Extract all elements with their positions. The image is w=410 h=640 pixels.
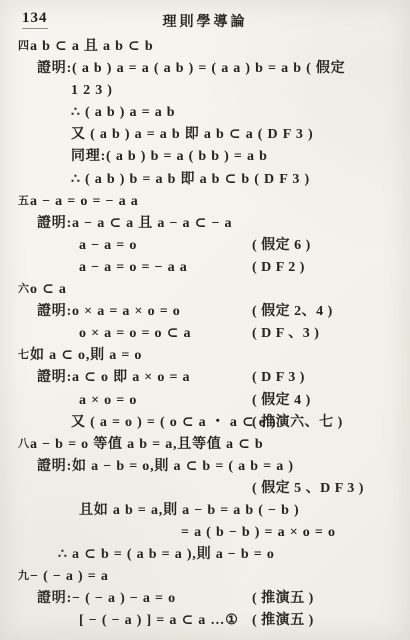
line-text: a × o = o bbox=[79, 393, 137, 408]
text-line: = a ( b − b ) = a × o = o bbox=[0, 522, 410, 544]
text-line: 證明:a − a ⊂ a 且 a − a ⊂ − a bbox=[0, 213, 410, 235]
book-page: 134 理則學導論 四a b ⊂ a 且 a b ⊂ b 證明:( a b ) … bbox=[0, 0, 410, 640]
line-text: a − a = o = − a a bbox=[30, 194, 139, 209]
line-text: o ⊂ a bbox=[30, 282, 67, 297]
text-line: 九− ( − a ) = a bbox=[0, 566, 410, 588]
text-line: ( 假定 5 、D F 3 ) bbox=[0, 478, 410, 500]
line-text: − ( − a ) = a bbox=[30, 569, 109, 584]
citation: ( 推演六、七 ) bbox=[252, 412, 343, 434]
text-line: ∴ a ⊂ b = ( a b = a ),則 a − b = o bbox=[0, 544, 410, 566]
line-text: 又 ( a = o ) = ( o ⊂ a ・ a ⊂ o ) bbox=[71, 415, 276, 430]
line-text: a b ⊂ a 且 a b ⊂ b bbox=[30, 39, 153, 54]
line-text: 且如 a b = a,則 a − b = a b ( − b ) bbox=[79, 503, 299, 518]
text-line: 證明:如 a − b = o,則 a ⊂ b = ( a b = a ) bbox=[0, 456, 410, 478]
text-line: a − a = o( 假定 6 ) bbox=[0, 235, 410, 257]
text-line: 七如 a ⊂ o,則 a = o bbox=[0, 345, 410, 367]
line-text: 如 a ⊂ o,則 a = o bbox=[30, 348, 142, 363]
citation: ( D F 2 ) bbox=[252, 257, 305, 279]
text-line: 證明:− ( − a ) − a = o( 推演五 ) bbox=[0, 588, 410, 610]
line-text: 證明:如 a − b = o,則 a ⊂ b = ( a b = a ) bbox=[37, 459, 294, 474]
citation: ( 假定 6 ) bbox=[252, 235, 311, 257]
text-line: 六o ⊂ a bbox=[0, 279, 410, 301]
text-line: 五a − a = o = − a a bbox=[0, 191, 410, 213]
line-text: ∴ a ⊂ b = ( a b = a ),則 a − b = o bbox=[58, 547, 275, 562]
section-number: 四 bbox=[18, 40, 29, 52]
text-line: 四a b ⊂ a 且 a b ⊂ b bbox=[0, 36, 410, 58]
text-line: ∴ ( a b ) a = a b bbox=[0, 102, 410, 124]
text-line: ∴ ( a b ) b = a b 即 a b ⊂ b ( D F 3 ) bbox=[0, 169, 410, 191]
line-text: ∴ ( a b ) a = a b bbox=[71, 105, 175, 120]
line-text: 又 ( a b ) a = a b 即 a b ⊂ a ( D F 3 ) bbox=[71, 127, 313, 142]
citation: ( 假定 5 、D F 3 ) bbox=[252, 478, 364, 500]
line-text: 證明:− ( − a ) − a = o bbox=[37, 591, 176, 606]
proof-lines: 四a b ⊂ a 且 a b ⊂ b 證明:( a b ) a = a ( a … bbox=[0, 36, 410, 633]
line-text: a − a = o bbox=[79, 238, 137, 253]
page-title: 理則學導論 bbox=[0, 11, 410, 31]
line-text: 同理:( a b ) b = a ( b b ) = a b bbox=[71, 149, 268, 164]
text-line: 同理:( a b ) b = a ( b b ) = a b bbox=[0, 146, 410, 168]
text-line: a − a = o = − a a( D F 2 ) bbox=[0, 257, 410, 279]
citation: ( 推演五 ) bbox=[252, 588, 314, 610]
line-text: 1 2 3 ) bbox=[71, 83, 113, 98]
line-text: 證明:( a b ) a = a ( a b ) = ( a a ) b = a… bbox=[37, 61, 345, 76]
text-line: a × o = o( 假定 4 ) bbox=[0, 390, 410, 412]
text-line: 1 2 3 ) bbox=[0, 80, 410, 102]
text-line: 證明:o × a = a × o = o( 假定 2、4 ) bbox=[0, 301, 410, 323]
text-line: 又 ( a = o ) = ( o ⊂ a ・ a ⊂ o )( 推演六、七 ) bbox=[0, 412, 410, 434]
section-number: 八 bbox=[18, 438, 29, 450]
citation: ( 推演五 ) bbox=[252, 610, 314, 632]
line-text: = a ( b − b ) = a × o = o bbox=[181, 525, 336, 540]
text-line: o × a = o = o ⊂ a( D F 、3 ) bbox=[0, 323, 410, 345]
citation: ( D F 、3 ) bbox=[252, 323, 319, 345]
line-text: 證明:a − a ⊂ a 且 a − a ⊂ − a bbox=[37, 216, 232, 231]
citation: ( 假定 4 ) bbox=[252, 390, 311, 412]
citation: ( D F 3 ) bbox=[252, 367, 305, 389]
line-text: [ − ( − a ) ] = a ⊂ a …① bbox=[79, 613, 239, 628]
line-text: ∴ ( a b ) b = a b 即 a b ⊂ b ( D F 3 ) bbox=[71, 172, 310, 187]
citation: ( 假定 2、4 ) bbox=[252, 301, 333, 323]
line-text: a − a = o = − a a bbox=[79, 260, 188, 275]
section-number: 五 bbox=[18, 195, 29, 207]
text-line: 證明:a ⊂ o 即 a × o = a( D F 3 ) bbox=[0, 367, 410, 389]
section-number: 九 bbox=[18, 570, 29, 582]
line-text: o × a = o = o ⊂ a bbox=[79, 326, 191, 341]
text-line: 八a − b = o 等值 a b = a,且等值 a ⊂ b bbox=[0, 434, 410, 456]
line-text: 證明:o × a = a × o = o bbox=[37, 304, 181, 319]
line-text: a − b = o 等值 a b = a,且等值 a ⊂ b bbox=[30, 437, 264, 452]
text-line: 又 ( a b ) a = a b 即 a b ⊂ a ( D F 3 ) bbox=[0, 124, 410, 146]
section-number: 七 bbox=[18, 349, 29, 361]
line-text: 證明:a ⊂ o 即 a × o = a bbox=[37, 370, 190, 385]
page-header: 134 理則學導論 bbox=[0, 6, 410, 30]
text-line: [ − ( − a ) ] = a ⊂ a …①( 推演五 ) bbox=[0, 610, 410, 632]
section-number: 六 bbox=[18, 283, 29, 295]
text-line: 證明:( a b ) a = a ( a b ) = ( a a ) b = a… bbox=[0, 58, 410, 80]
text-line: 且如 a b = a,則 a − b = a b ( − b ) bbox=[0, 500, 410, 522]
